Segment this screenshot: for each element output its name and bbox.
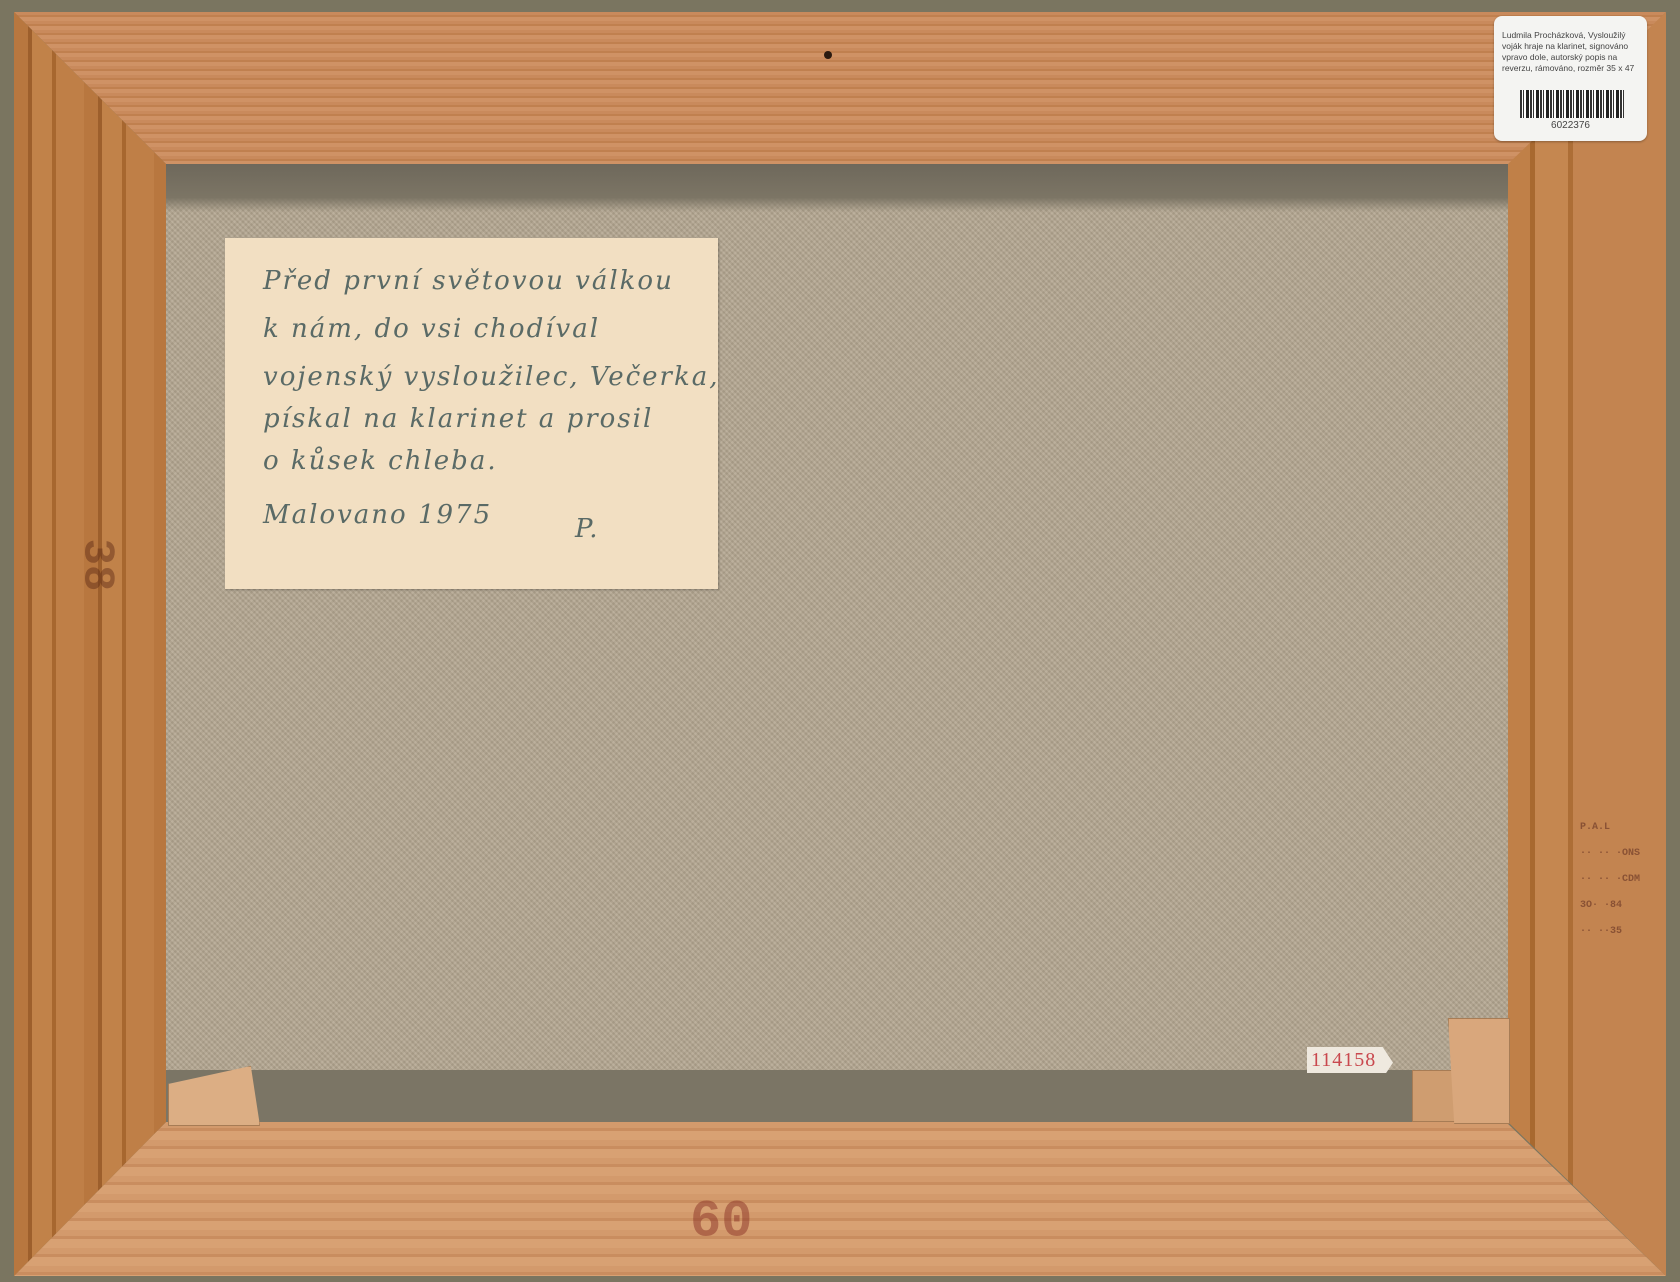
barcode-icon	[1520, 90, 1624, 118]
stamp-line: P.A.L	[1580, 815, 1640, 841]
auction-tag-description: Ludmila Procházková, Vysloužilý voják hr…	[1502, 30, 1642, 74]
handwritten-note-label: Před první světovou válkou k nám, do vsi…	[225, 238, 718, 589]
note-line: o kůsek chleba.	[263, 446, 498, 476]
inventory-sticker: 114158	[1307, 1047, 1393, 1073]
stamp-line: 3O· ·84	[1580, 893, 1640, 919]
frame-stamp-left: 38	[71, 539, 121, 592]
note-line: pískal na klarinet a prosil	[263, 404, 653, 434]
note-initial: P.	[575, 514, 600, 544]
auction-tag: Ludmila Procházková, Vysloužilý voják hr…	[1494, 16, 1647, 141]
stamp-line: ·· ·· ·ONS	[1580, 841, 1640, 867]
stamp-line: ·· ·· ·CDM	[1580, 867, 1640, 893]
frame-bottom-rail	[14, 1122, 1666, 1276]
stretcher-shadow-top	[166, 164, 1508, 212]
note-line: vojenský vysloužilec, Večerka,	[263, 362, 720, 392]
frame-left-stile	[14, 12, 166, 1276]
frame-right-stile	[1508, 12, 1666, 1276]
note-signature-place-date: Malovano 1975	[263, 500, 492, 530]
stamp-line: ·· ··35	[1580, 919, 1640, 945]
note-line: k nám, do vsi chodíval	[263, 314, 600, 344]
inventory-number: 114158	[1311, 1049, 1376, 1072]
nail-hole	[824, 51, 832, 59]
frame-stamp-right: P.A.L ·· ·· ·ONS ·· ·· ·CDM 3O· ·84 ·· ·…	[1580, 815, 1640, 945]
frame-stamp-bottom: 09	[690, 1185, 752, 1244]
stretcher-shadow-bottom	[166, 1070, 1508, 1122]
barcode-number: 6022376	[1494, 120, 1647, 131]
note-line: Před první světovou válkou	[263, 266, 674, 296]
frame-top-rail	[14, 12, 1666, 164]
stretcher-key-right	[1448, 1018, 1510, 1124]
